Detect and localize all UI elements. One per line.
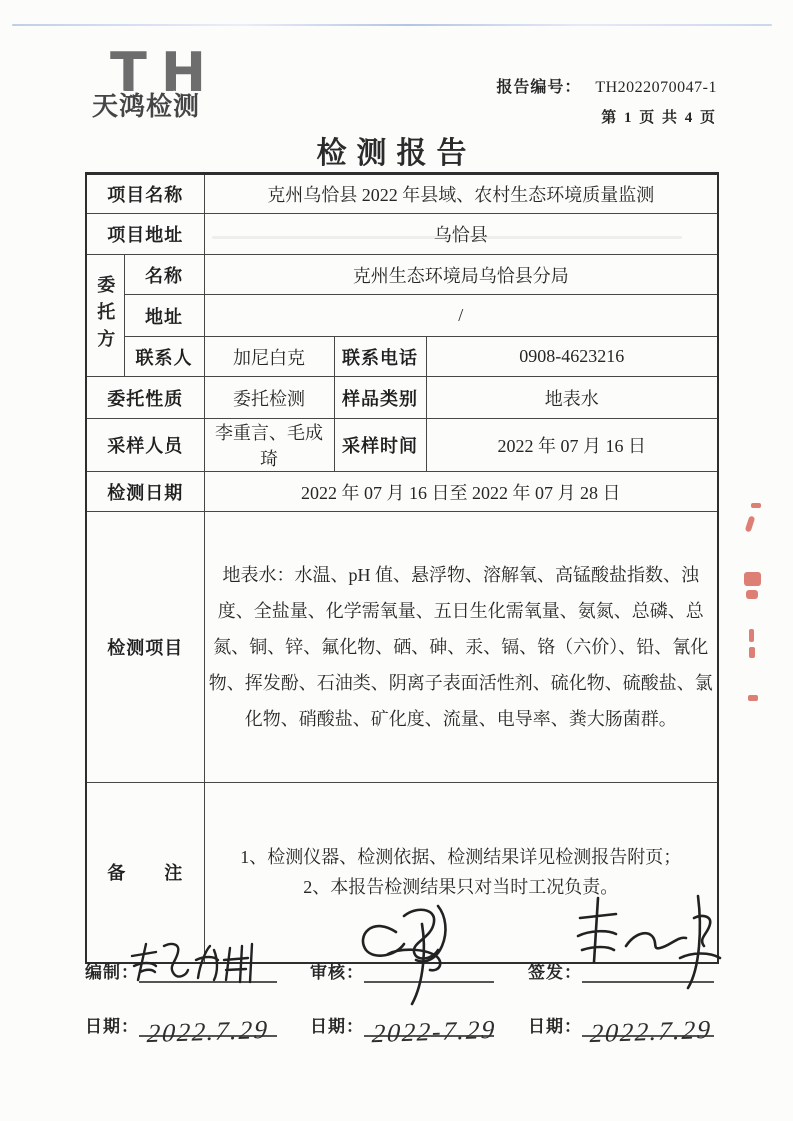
- issued-date-label: 日期：: [528, 1012, 582, 1037]
- test-date-label: 检测日期: [86, 472, 204, 512]
- table-row: 项目名称 克州乌恰县 2022 年县域、农村生态环境质量监测: [86, 174, 718, 214]
- sampling-time-label: 采样时间: [334, 419, 426, 472]
- issued-by-field: 签发：: [528, 958, 714, 983]
- table-row: 联系人 加尼白克 联系电话 0908-4623216: [86, 337, 718, 377]
- client-phone-value: 0908-4623216: [426, 337, 718, 377]
- reviewed-date-label: 日期：: [310, 1012, 364, 1037]
- report-info-table: 项目名称 克州乌恰县 2022 年县域、农村生态环境质量监测 项目地址 乌恰县 …: [85, 172, 719, 964]
- table-row: 委托性质 委托检测 样品类别 地表水: [86, 377, 718, 419]
- project-address-label: 项目地址: [86, 214, 204, 255]
- report-number-label: 报告编号：: [496, 79, 581, 96]
- project-address-value: 乌恰县: [204, 214, 718, 255]
- report-number-line: 报告编号：TH2022070047-1: [496, 74, 717, 97]
- client-section-label: 委托方: [86, 255, 124, 377]
- reviewed-by-field: 审核：: [310, 958, 494, 983]
- sampling-staff-label: 采样人员: [86, 419, 204, 472]
- prepared-by-label: 编制：: [85, 958, 139, 983]
- commission-type-value: 委托检测: [204, 377, 334, 419]
- reviewed-date-line: 2022-7.29: [364, 1013, 494, 1037]
- red-seal-fragment: [745, 515, 756, 532]
- issued-by-signature-line: [582, 959, 714, 983]
- red-seal-fragment: [751, 503, 761, 508]
- company-logo: TH 天鸿检测: [110, 48, 220, 123]
- issued-date-handwritten: 2022.7.29: [589, 1015, 713, 1049]
- sample-category-label: 样品类别: [334, 377, 426, 419]
- table-row: 检测日期 2022 年 07 月 16 日至 2022 年 07 月 28 日: [86, 472, 718, 512]
- client-name-label: 名称: [124, 255, 204, 295]
- test-items-value: 地表水：水温、pH 值、悬浮物、溶解氧、高锰酸盐指数、浊度、全盐量、化学需氧量、…: [204, 512, 718, 783]
- document-title: 检测报告: [0, 128, 793, 172]
- logo-company-name: 天鸿检测: [92, 86, 220, 123]
- reviewed-date-handwritten: 2022-7.29: [371, 1015, 497, 1049]
- sampling-time-value: 2022 年 07 月 16 日: [426, 419, 718, 472]
- reviewed-date-field: 日期： 2022-7.29: [310, 1012, 494, 1037]
- table-row: 采样人员 李重言、毛成琦 采样时间 2022 年 07 月 16 日: [86, 419, 718, 472]
- red-seal-fragment: [749, 629, 754, 642]
- report-number-value: TH2022070047-1: [595, 79, 717, 96]
- red-seal-fragment: [748, 695, 758, 701]
- red-seal-fragment: [744, 572, 761, 586]
- reviewed-by-label: 审核：: [310, 958, 364, 983]
- issued-date-line: 2022.7.29: [582, 1013, 714, 1037]
- red-seal-fragment: [746, 590, 758, 599]
- page-indicator: 第 1 页 共 4 页: [496, 106, 717, 127]
- test-date-value: 2022 年 07 月 16 日至 2022 年 07 月 28 日: [204, 472, 718, 512]
- prepared-date-field: 日期： 2022.7.29: [85, 1012, 277, 1037]
- table-row: 地址 /: [86, 295, 718, 337]
- client-contact-label: 联系人: [124, 337, 204, 377]
- prepared-date-handwritten: 2022.7.29: [146, 1015, 270, 1049]
- project-name-value: 克州乌恰县 2022 年县域、农村生态环境质量监测: [204, 174, 718, 214]
- prepared-by-field: 编制：: [85, 958, 277, 983]
- client-address-label: 地址: [124, 295, 204, 337]
- prepared-by-signature-line: [139, 959, 277, 983]
- report-meta: 报告编号：TH2022070047-1 第 1 页 共 4 页: [496, 74, 717, 127]
- table-row: 委托方 名称 克州生态环境局乌恰县分局: [86, 255, 718, 295]
- test-items-label: 检测项目: [86, 512, 204, 783]
- issued-by-label: 签发：: [528, 958, 582, 983]
- red-seal-fragment: [749, 647, 755, 658]
- commission-type-label: 委托性质: [86, 377, 204, 419]
- reviewed-by-signature-line: [364, 959, 494, 983]
- client-contact-value: 加尼白克: [204, 337, 334, 377]
- remarks-value: 1、检测仪器、检测依据、检测结果详见检测报告附页； 2、本报告检测结果只对当时工…: [204, 783, 718, 963]
- sampling-staff-value: 李重言、毛成琦: [204, 419, 334, 472]
- client-name-value: 克州生态环境局乌恰县分局: [204, 255, 718, 295]
- table-row: 项目地址 乌恰县: [86, 214, 718, 255]
- client-phone-label: 联系电话: [334, 337, 426, 377]
- project-name-label: 项目名称: [86, 174, 204, 214]
- remarks-line-2: 2、本报告检测结果只对当时工况负责。: [209, 872, 714, 902]
- report-page: TH 天鸿检测 报告编号：TH2022070047-1 第 1 页 共 4 页 …: [0, 0, 793, 1121]
- remarks-label: 备 注: [86, 783, 204, 963]
- issued-date-field: 日期： 2022.7.29: [528, 1012, 714, 1037]
- table-row: 备 注 1、检测仪器、检测依据、检测结果详见检测报告附页； 2、本报告检测结果只…: [86, 783, 718, 963]
- scan-artifact-line: [12, 24, 772, 26]
- table-row: 检测项目 地表水：水温、pH 值、悬浮物、溶解氧、高锰酸盐指数、浊度、全盐量、化…: [86, 512, 718, 783]
- client-address-value: /: [204, 295, 718, 337]
- prepared-date-line: 2022.7.29: [139, 1013, 277, 1037]
- remarks-line-1: 1、检测仪器、检测依据、检测结果详见检测报告附页；: [209, 842, 714, 872]
- sample-category-value: 地表水: [426, 377, 718, 419]
- prepared-date-label: 日期：: [85, 1012, 139, 1037]
